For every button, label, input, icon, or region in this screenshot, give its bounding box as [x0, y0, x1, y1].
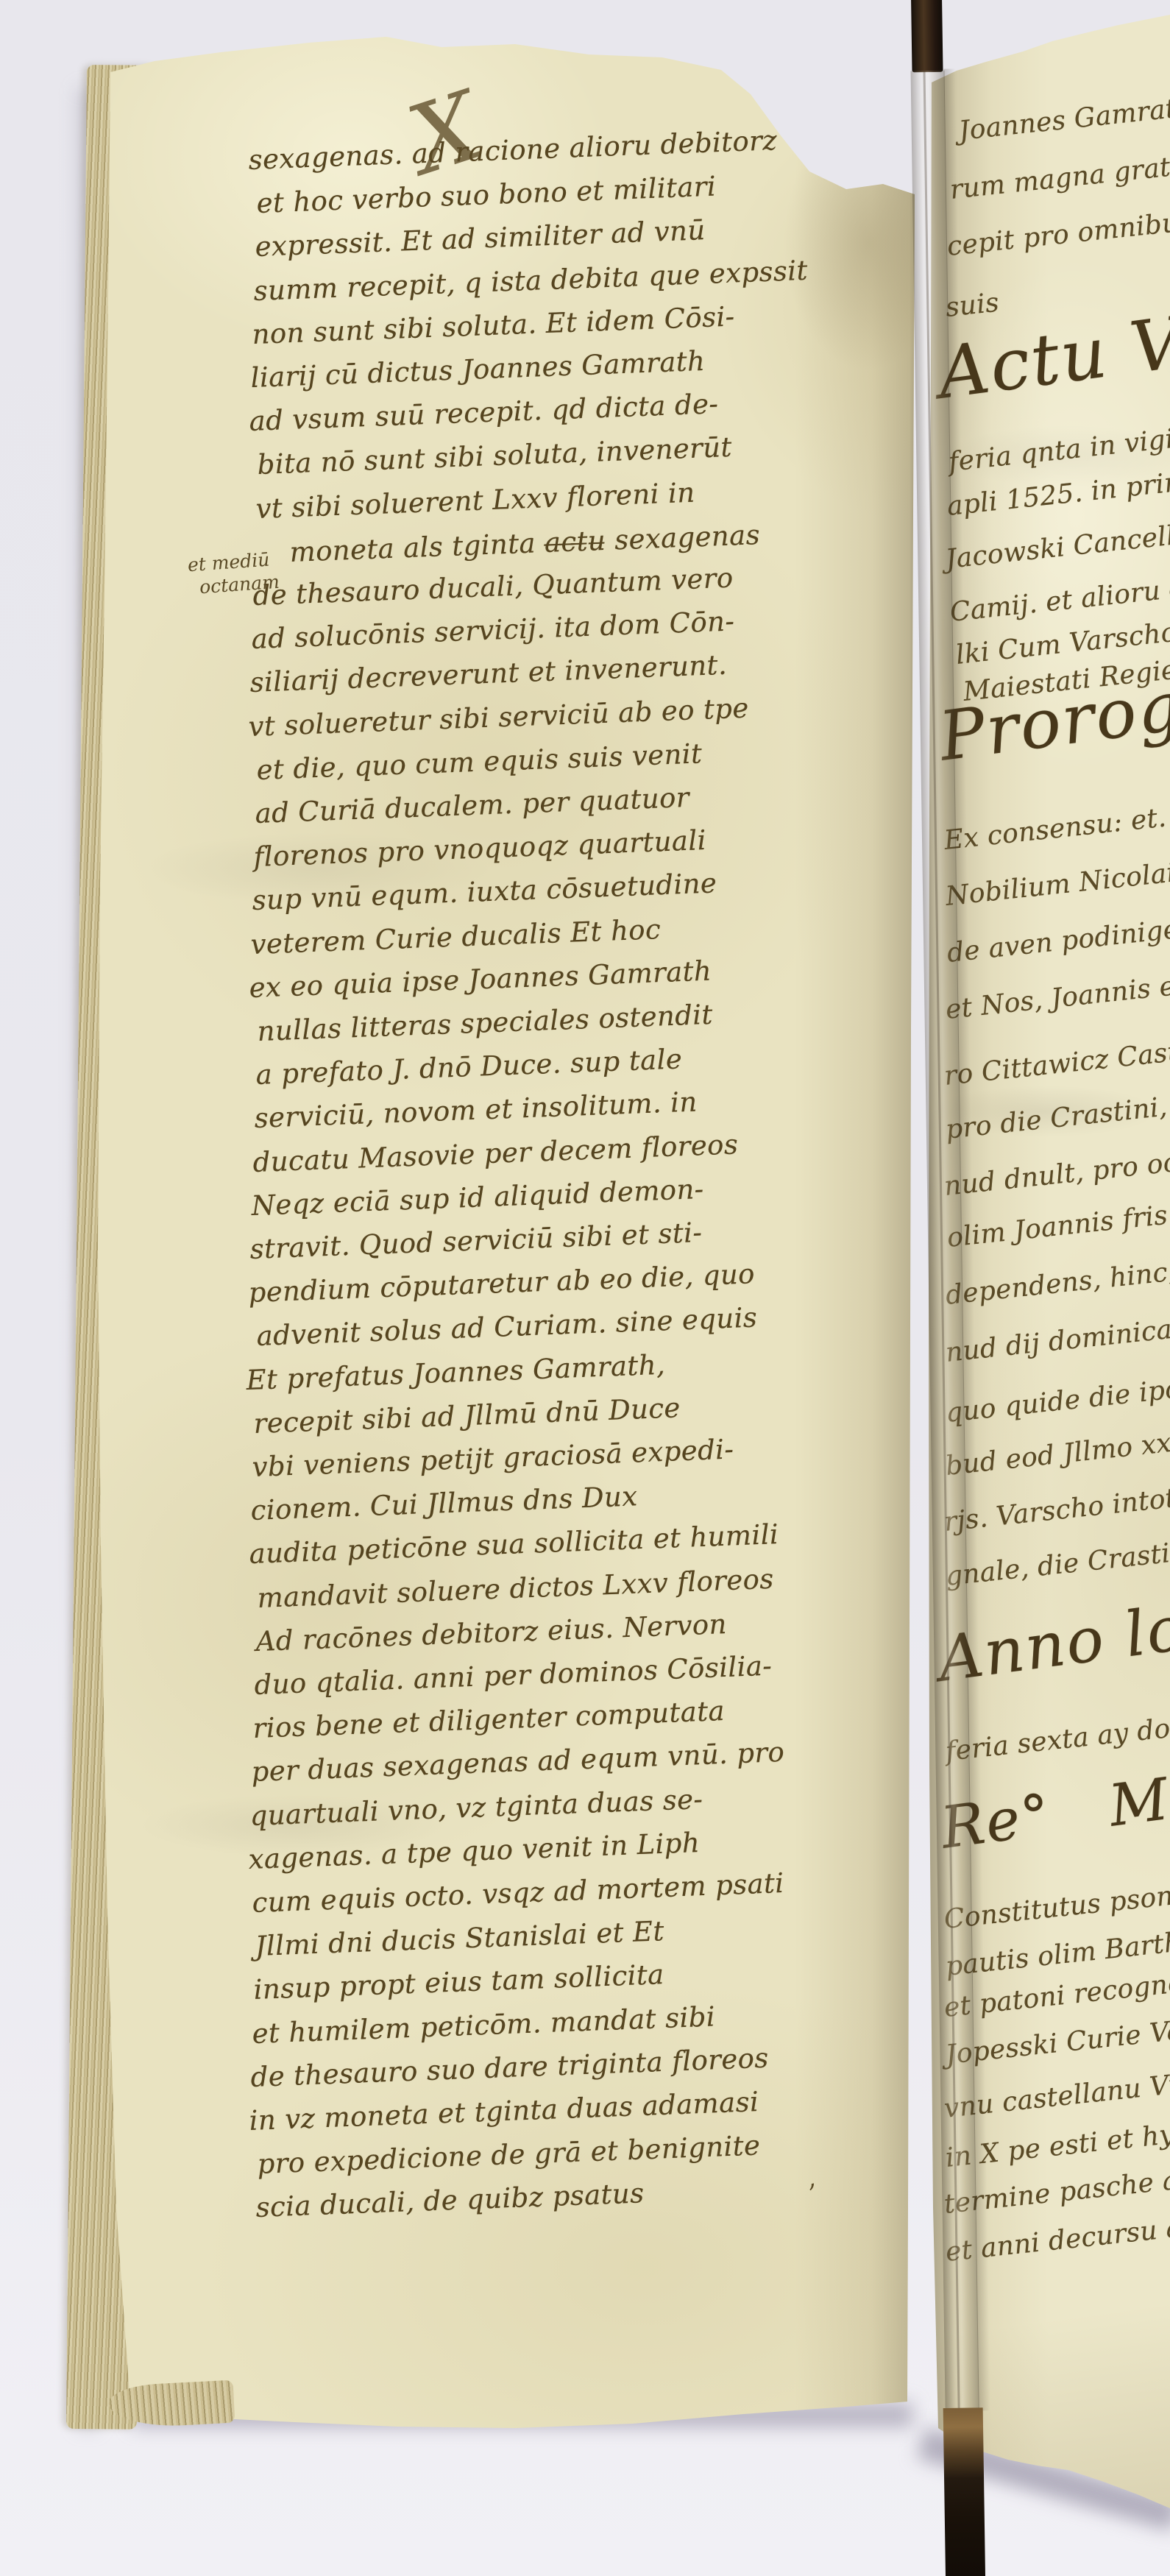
- right-page-text: Joannes Gamrath reterum magna gratitudin…: [0, 0, 1170, 2576]
- manuscript-line: Ex consensu: et. expr No: [943, 790, 1170, 856]
- manuscript-line: Jacowski Cancellarij M: [944, 512, 1170, 575]
- manuscript-line: gnale, die Crastina b: [944, 1532, 1170, 1592]
- manuscript-line: Camij. et alioru dom: [949, 569, 1170, 628]
- manuscript-line: feria qnta in vigilia: [947, 420, 1170, 478]
- manuscript-line: ro Cittawicz Castellani lib: [943, 1025, 1170, 1091]
- manuscript-line: Nobilium Nicolai fely o: [944, 849, 1170, 912]
- manuscript-line: dependens, hinc, ad fe: [944, 1248, 1170, 1311]
- manuscript-line: Joannes Gamrath rete: [957, 85, 1170, 146]
- manuscript-line: bud eod Jllmo xxiii: [944, 1425, 1170, 1482]
- manuscript-line: cepit pro omnibus d: [946, 203, 1170, 262]
- margin-note: et mediū octanam: [187, 548, 280, 599]
- rod-bottom-handle: [943, 2407, 985, 2576]
- manuscript-line: olim Joannis fris d: [946, 1197, 1170, 1253]
- rod-top-handle: [911, 0, 943, 72]
- manuscript-line: nud dnult, pro octo C: [943, 1142, 1170, 1202]
- manuscript-line: quo quide die ipo de f: [944, 1367, 1170, 1429]
- manuscript-line: rum magna gratitudine re: [949, 138, 1170, 205]
- manuscript-line: et Nos, Joannis et Ne: [944, 965, 1170, 1025]
- manuscript-photo: X sexagenas. ad racione alioru debitorze…: [0, 0, 1170, 2576]
- manuscript-line: pro die Crastini, ex c: [944, 1086, 1170, 1145]
- manuscript-line: de aven podinigero vo: [946, 907, 1170, 969]
- manuscript-line: nud dij dominicam Re: [944, 1307, 1170, 1368]
